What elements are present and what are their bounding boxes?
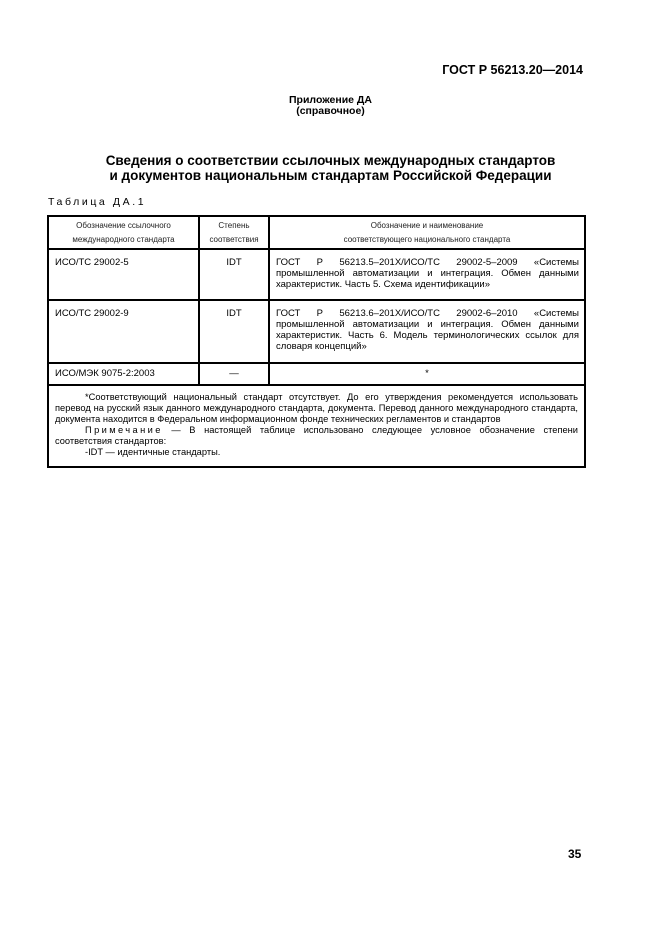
section-title-line-1: Сведения о соответствии ссылочных междун… [0,153,661,168]
section-title-line-2: и документов национальным стандартам Рос… [0,168,661,183]
table-row: ИСО/ТС 29002-9 IDT ГОСТ Р 56213.6–201X/И… [48,300,585,363]
table-caption: Таблица ДА.1 [48,196,146,208]
appendix-heading: Приложение ДА (справочное) [0,95,661,117]
cell-national: ГОСТ Р 56213.6–201X/ИСО/ТС 29002-6–2010 … [269,300,585,363]
cell-degree: IDT [199,249,269,300]
correspondence-table: Обозначение ссылочного международного ст… [47,215,586,468]
table-header-row: Обозначение ссылочного международного ст… [48,216,585,249]
cell-degree: — [199,363,269,385]
table-row: ИСО/МЭК 9075-2:2003 — * [48,363,585,385]
note-label: Примечание [85,425,163,435]
cell-standard: ИСО/ТС 29002-9 [48,300,199,363]
cell-degree: IDT [199,300,269,363]
table-row: ИСО/ТС 29002-5 IDT ГОСТ Р 56213.5–201X/И… [48,249,585,300]
header-international-standard: Обозначение ссылочного международного ст… [48,216,199,249]
footnote-text: *Соответствующий национальный стандарт о… [55,392,578,425]
header-degree: Степень соответствия [199,216,269,249]
table-footnote-row: *Соответствующий национальный стандарт о… [48,385,585,467]
header-national-standard: Обозначение и наименование соответствующ… [269,216,585,249]
appendix-subtitle: (справочное) [0,106,661,117]
table-footnote: *Соответствующий национальный стандарт о… [48,385,585,467]
cell-standard: ИСО/ТС 29002-5 [48,249,199,300]
document-code: ГОСТ Р 56213.20—2014 [442,63,583,77]
note: Примечание — В настоящей таблице использ… [55,425,578,447]
section-title: Сведения о соответствии ссылочных междун… [0,153,661,183]
cell-standard: ИСО/МЭК 9075-2:2003 [48,363,199,385]
cell-national: * [269,363,585,385]
note-item: -IDT — идентичные стандарты. [55,447,578,458]
page-number: 35 [568,847,581,861]
cell-national: ГОСТ Р 56213.5–201X/ИСО/ТС 29002-5–2009 … [269,249,585,300]
